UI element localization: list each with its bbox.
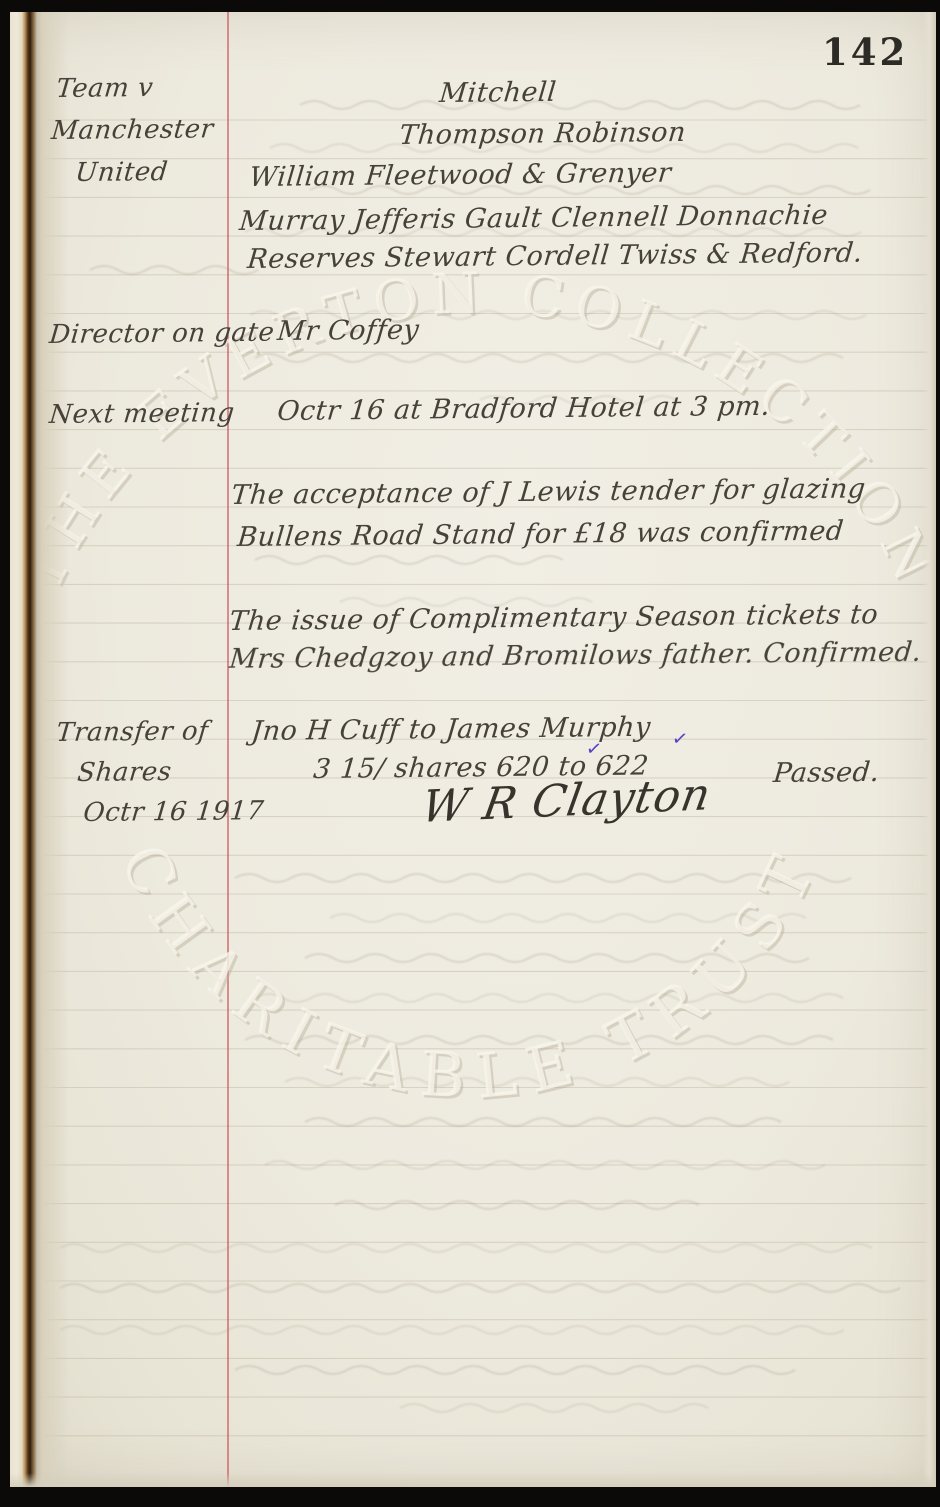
blue-checkmark-620: ✓ (585, 737, 604, 761)
season-tickets-minute-line2: Mrs Chedgzoy and Bromilows father. Confi… (228, 637, 923, 675)
share-transfer-date: Octr 16 1917 (82, 796, 265, 828)
blue-checkmark-622: ✓ (671, 727, 690, 751)
director-on-gate-label: Director on gate (48, 318, 276, 350)
team-backs: Thompson Robinson (398, 117, 687, 151)
scanned-minute-book-photo: { "page_number": "142", "watermark": { "… (0, 0, 940, 1507)
watermark-bottom-text: CHARITABLE TRUST (106, 833, 834, 1113)
director-on-gate-value: Mr Coffey (276, 314, 421, 347)
page-bottom-edge-shading (10, 1473, 936, 1487)
team-forwards: Murray Jefferis Gault Clennell Donnachie (238, 200, 829, 237)
season-tickets-minute-line1: The issue of Complimentary Season ticket… (228, 599, 880, 637)
team-margin-label-line3: United (74, 157, 169, 188)
team-reserves: Reserves Stewart Cordell Twiss & Redford… (246, 238, 864, 275)
embossed-watermark: THE EVERTON COLLECTION THE EVERTON COLLE… (10, 260, 936, 1115)
page-right-edge-shading (922, 12, 936, 1487)
team-margin-label-line1: Team v (55, 73, 155, 104)
watermark-top-shadow: THE EVERTON COLLECTION (12, 263, 936, 603)
book-binding-gutter (10, 12, 70, 1487)
share-transfer-label-line2: Shares (76, 757, 173, 788)
ledger-page: THE EVERTON COLLECTION THE EVERTON COLLE… (10, 12, 936, 1487)
next-meeting-value: Octr 16 at Bradford Hotel at 3 pm. (276, 391, 772, 427)
team-halfbacks: William Fleetwood & Grenyer (248, 158, 673, 193)
team-goalkeeper: Mitchell (438, 77, 558, 109)
watermark-bottom-shadow: CHARITABLE TRUST (108, 835, 836, 1115)
tender-minute-line1: The acceptance of J Lewis tender for gla… (230, 473, 867, 511)
page-number: 142 (822, 30, 908, 74)
team-margin-label-line2: Manchester (50, 114, 215, 146)
share-transfer-status: Passed. (772, 757, 881, 789)
tender-minute-line2: Bullens Road Stand for £18 was confirmed (236, 516, 845, 553)
next-meeting-label: Next meeting (48, 398, 236, 430)
share-transfer-label-line1: Transfer of (55, 716, 210, 748)
